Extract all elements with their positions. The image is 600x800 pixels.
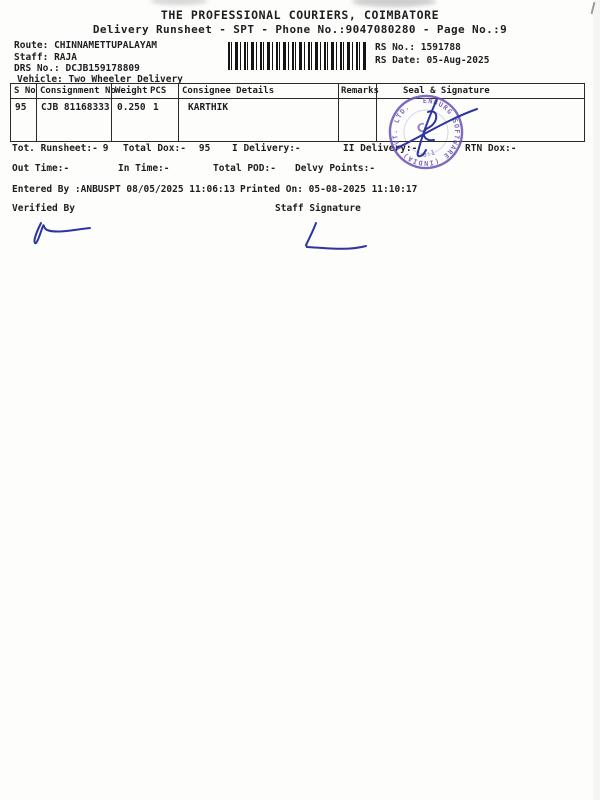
table-col-divider	[338, 84, 339, 141]
col-header-consignee: Consignee Details	[182, 86, 274, 96]
row-pcs: 1	[153, 102, 159, 113]
col-header-pcs: PCS	[150, 86, 166, 96]
rs-no-line: RS No.: 1591788	[375, 42, 461, 53]
scan-smudge	[352, 0, 436, 7]
document-subtitle: Delivery Runsheet - SPT - Phone No.:9047…	[0, 23, 600, 36]
verified-by-label: Verified By	[12, 203, 75, 214]
seal-pen-signature	[384, 88, 494, 178]
col-header-consignment: Consignment No	[40, 86, 116, 96]
row-weight: 0.250	[117, 102, 146, 113]
entered-by-value: ANBUSPT 08/05/2025 11:06:13	[81, 184, 235, 195]
drs-label: DRS No.:	[14, 63, 60, 74]
staff-label: Staff:	[14, 52, 48, 63]
rs-no-value: 1591788	[421, 42, 461, 53]
tot-runsheet: Tot. Runsheet:-9	[12, 143, 109, 154]
printed-on-label: Printed On:	[240, 184, 303, 195]
tot-runsheet-value: 9	[103, 143, 109, 154]
scan-smudge	[150, 0, 208, 5]
staff-line: Staff: RAJA	[14, 52, 77, 63]
staff-signature-label: Staff Signature	[275, 203, 361, 214]
rs-date-line: RS Date: 05-Aug-2025	[375, 55, 489, 66]
entered-by-label: Entered By :	[12, 184, 81, 195]
rs-date-label: RS Date:	[375, 55, 421, 66]
row-consignee: KARTHIK	[188, 102, 228, 113]
out-time: Out Time:-	[12, 163, 69, 174]
table-col-divider	[178, 84, 179, 141]
table-col-divider	[36, 84, 37, 141]
route-value: CHINNAMETTUPALAYAM	[54, 40, 157, 51]
rs-date-value: 05-Aug-2025	[427, 55, 490, 66]
tot-runsheet-label: Tot. Runsheet:-	[12, 143, 98, 154]
printed-on: Printed On: 05-08-2025 11:10:17	[240, 184, 417, 195]
in-time: In Time:-	[118, 163, 169, 174]
total-dox-value: 95	[199, 143, 210, 154]
rs-no-label: RS No.:	[375, 42, 415, 53]
total-dox-label: Total Dox:-	[123, 143, 186, 154]
route-line: Route: CHINNAMETTUPALAYAM	[14, 40, 157, 51]
staff-value: RAJA	[54, 52, 77, 63]
consignment-table: S No Consignment No Weight PCS Consignee…	[10, 83, 585, 142]
verified-by-signature	[26, 216, 100, 256]
col-header-weight: Weight	[115, 86, 148, 96]
drs-line: DRS No.: DCJB159178809	[14, 63, 140, 74]
runsheet-barcode	[228, 42, 368, 70]
route-label: Route:	[14, 40, 48, 51]
row-consignment: CJB 81168333	[41, 102, 110, 113]
drs-value: DCJB159178809	[66, 63, 140, 74]
table-header-divider	[11, 98, 584, 99]
delivery-runsheet-document: THE PROFESSIONAL COURIERS, COIMBATORE De…	[0, 0, 600, 800]
col-header-remarks: Remarks	[341, 86, 379, 96]
entered-by: Entered By :ANBUSPT 08/05/2025 11:06:13	[12, 184, 235, 195]
printed-on-value: 05-08-2025 11:10:17	[309, 184, 418, 195]
total-pod: Total POD:-	[213, 163, 276, 174]
col-header-sno: S No	[14, 86, 36, 96]
row-sno: 95	[15, 102, 26, 113]
delvy-points: Delvy Points:-	[295, 163, 375, 174]
total-dox: Total Dox:-95	[123, 143, 210, 154]
staff-signature-mark	[298, 220, 378, 260]
i-delivery: I Delivery:-	[232, 143, 301, 154]
scan-edge-shade	[593, 0, 600, 800]
document-title: THE PROFESSIONAL COURIERS, COIMBATORE	[0, 8, 600, 22]
